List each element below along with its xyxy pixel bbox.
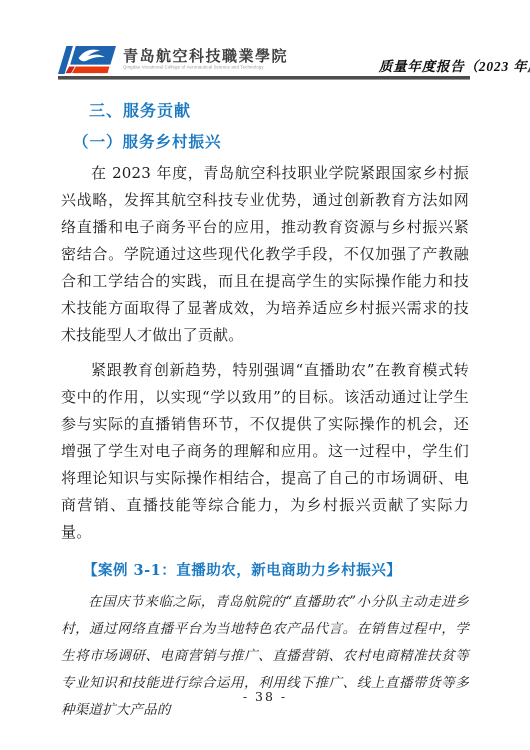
paragraph-2: 紧跟教育创新趋势，特别强调“直播助农”在教育模式转变中的作用，以实现“学以致用”… [61, 357, 469, 546]
case-heading: 【案例 3-1：直播助农，新电商助力乡村振兴】 [83, 561, 469, 580]
header-divider [58, 76, 470, 80]
subsection-heading: （一）服务乡村振兴 [73, 132, 469, 152]
college-name: 青岛航空科技職業學院 [123, 48, 379, 65]
document-body: 三、服务贡献 （一）服务乡村振兴 在 2023 年度，青岛航空科技职业学院紧跟国… [61, 94, 469, 724]
college-name-block: 青岛航空科技職業學院 Qingdao Vocational College of… [123, 48, 379, 73]
report-page: 青岛航空科技職業學院 Qingdao Vocational College of… [0, 0, 530, 750]
paragraph-1: 在 2023 年度，青岛航空科技职业学院紧跟国家乡村振兴战略，发挥其航空科技专业… [61, 160, 469, 349]
college-brand: 青岛航空科技職業學院 Qingdao Vocational College of… [58, 45, 379, 75]
college-subtitle: Qingdao Vocational College of Aeronautic… [123, 65, 264, 69]
page-number: - 38 - [0, 689, 530, 704]
report-header: 青岛航空科技職業學院 Qingdao Vocational College of… [58, 42, 470, 75]
section-heading: 三、服务贡献 [89, 102, 469, 122]
report-title: 质量年度报告（2023 年度） [379, 59, 530, 75]
college-flag-logo-icon [58, 45, 116, 75]
